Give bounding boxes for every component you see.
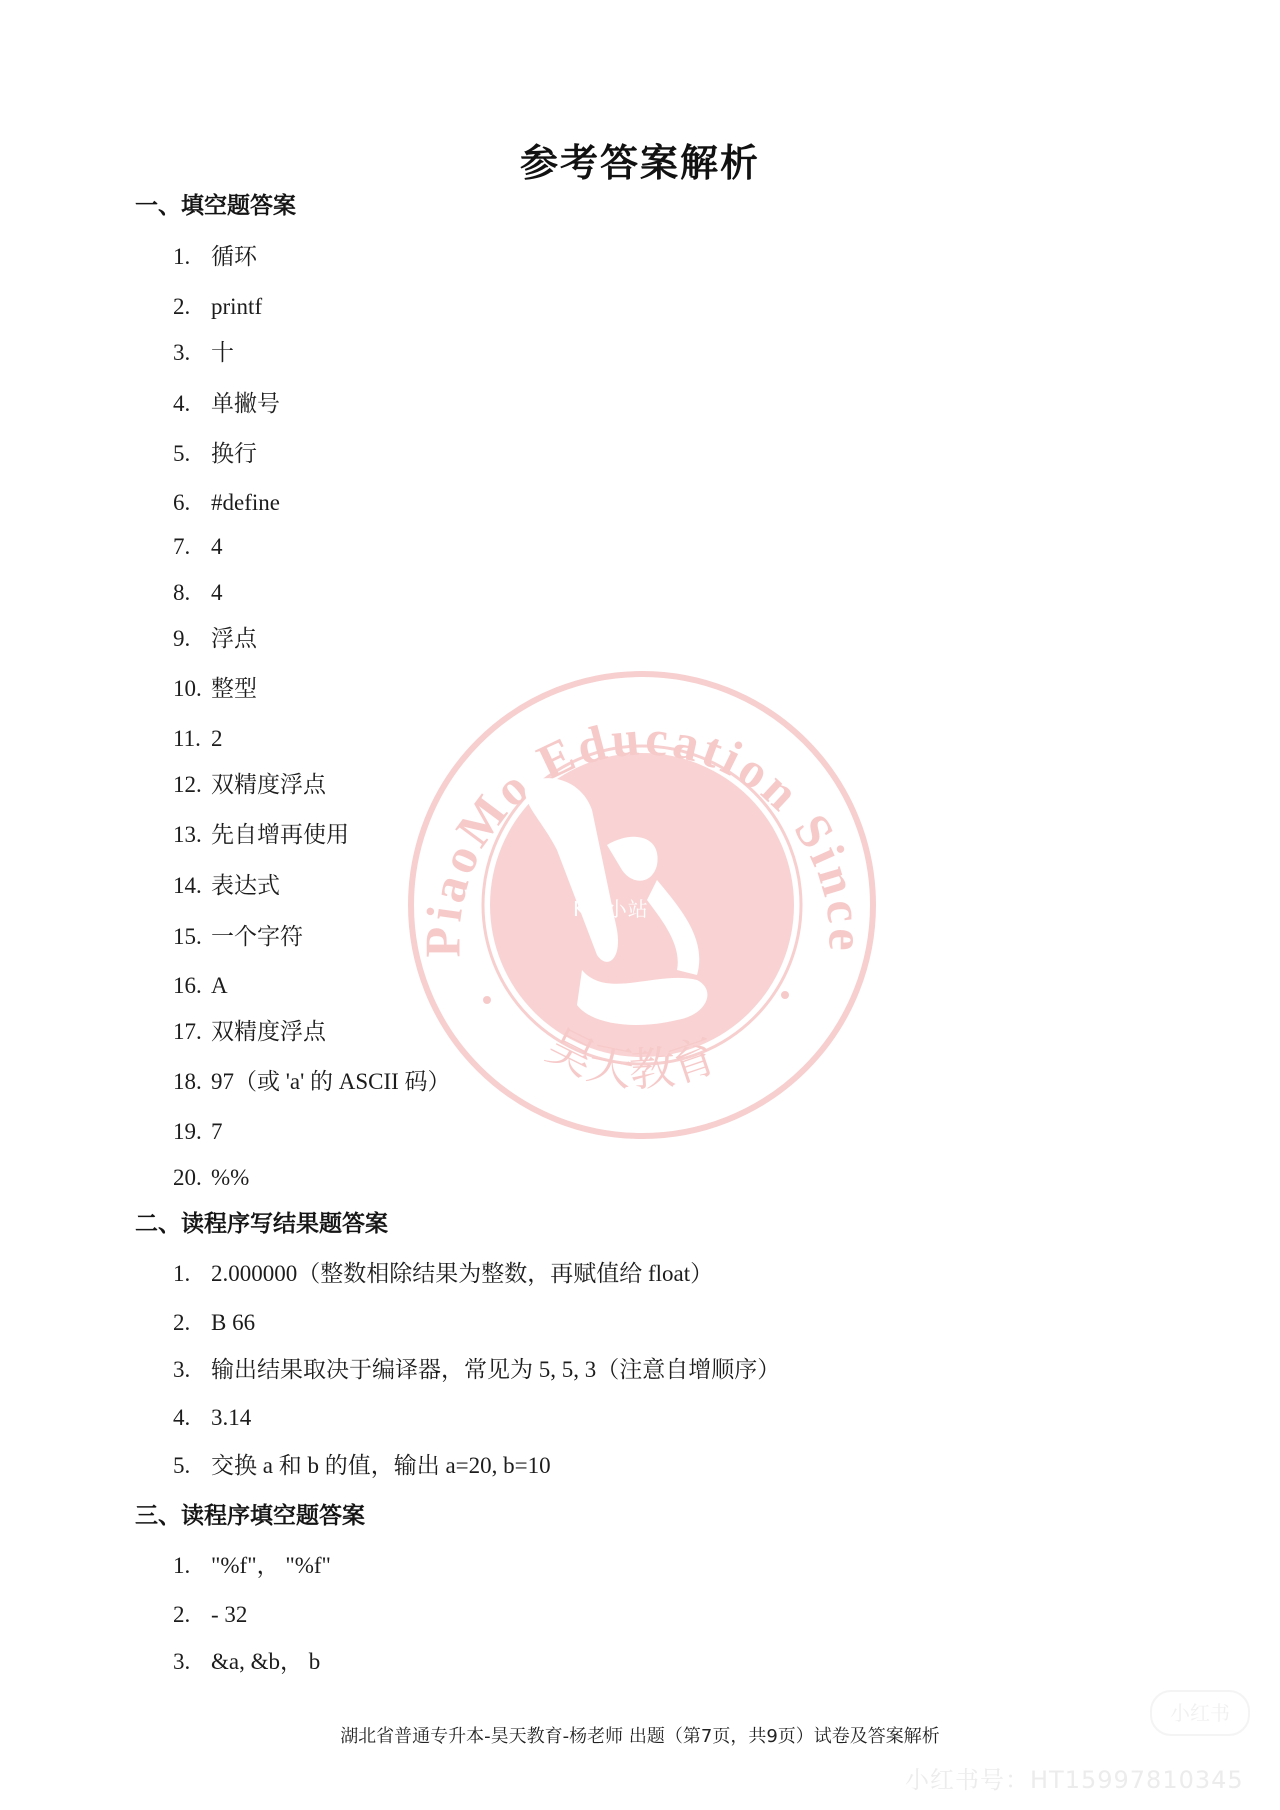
answer-item: 6.#define xyxy=(173,488,280,518)
item-number: 1. xyxy=(173,242,211,272)
item-text: 交换 a 和 b 的值，输出 a=20, b=10 xyxy=(211,1453,551,1478)
item-text: 一个字符 xyxy=(211,924,303,949)
answer-item: 3.&a, &b， b xyxy=(173,1647,320,1677)
answer-item: 12.双精度浮点 xyxy=(173,770,326,800)
item-text: 整型 xyxy=(211,676,257,701)
item-text: 浮点 xyxy=(211,626,257,651)
item-number: 7. xyxy=(173,532,211,562)
item-number: 5. xyxy=(173,439,211,469)
item-number: 1. xyxy=(173,1551,211,1581)
xiaohongshu-logo-watermark: 小红书 xyxy=(1150,1690,1250,1736)
answer-item: 19.7 xyxy=(173,1117,223,1147)
item-number: 19. xyxy=(173,1117,211,1147)
answer-item: 5.换行 xyxy=(173,439,257,469)
section-heading-read-program-fill-in: 三、读程序填空题答案 xyxy=(135,1501,365,1531)
answer-item: 18.97（或 'a' 的 ASCII 码） xyxy=(173,1067,451,1097)
item-text: 双精度浮点 xyxy=(211,1019,326,1044)
svg-text:PiaoMo Education Since 2007: PiaoMo Education Since 2007 xyxy=(407,670,875,976)
item-number: 5. xyxy=(173,1451,211,1481)
item-text: #define xyxy=(211,490,280,515)
item-text: B 66 xyxy=(211,1310,255,1335)
answer-item: 10.整型 xyxy=(173,674,257,704)
section-heading-read-program-output: 二、读程序写结果题答案 xyxy=(135,1209,388,1239)
answer-item: 3.输出结果取决于编译器，常见为 5, 5, 3（注意自增顺序） xyxy=(173,1355,780,1385)
item-text: 单撇号 xyxy=(211,391,280,416)
item-text: &a, &b， b xyxy=(211,1649,320,1674)
item-number: 2. xyxy=(173,1600,211,1630)
item-number: 12. xyxy=(173,770,211,800)
item-number: 4. xyxy=(173,389,211,419)
item-number: 3. xyxy=(173,1647,211,1677)
answer-item: 2.printf xyxy=(173,292,262,322)
answer-item: 11.2 xyxy=(173,724,223,754)
item-text: 先自增再使用 xyxy=(211,822,349,847)
item-text: 十 xyxy=(211,340,234,365)
item-number: 3. xyxy=(173,338,211,368)
answer-item: 2.B 66 xyxy=(173,1308,255,1338)
answer-item: 4.单撇号 xyxy=(173,389,280,419)
answer-item: 3.十 xyxy=(173,338,234,368)
item-number: 14. xyxy=(173,871,211,901)
item-number: 13. xyxy=(173,820,211,850)
item-number: 16. xyxy=(173,971,211,1001)
item-text: 4 xyxy=(211,534,223,559)
answer-item: 7.4 xyxy=(173,532,223,562)
item-text: 换行 xyxy=(211,441,257,466)
item-number: 1. xyxy=(173,1259,211,1289)
item-text: 3.14 xyxy=(211,1405,251,1430)
answer-item: 8.4 xyxy=(173,578,223,608)
item-number: 11. xyxy=(173,724,211,754)
item-number: 6. xyxy=(173,488,211,518)
item-number: 17. xyxy=(173,1017,211,1047)
item-text: 2 xyxy=(211,726,223,751)
section-heading-fill-in: 一、填空题答案 xyxy=(135,191,296,221)
item-number: 20. xyxy=(173,1163,211,1193)
item-text: 双精度浮点 xyxy=(211,772,326,797)
item-text: printf xyxy=(211,294,262,319)
item-number: 2. xyxy=(173,1308,211,1338)
answer-item: 17.双精度浮点 xyxy=(173,1017,326,1047)
item-number: 9. xyxy=(173,624,211,654)
item-text: 2.000000（整数相除结果为整数，再赋值给 float） xyxy=(211,1261,713,1286)
overlay-watermark-text: Ke 小站 xyxy=(573,893,649,922)
item-number: 4. xyxy=(173,1403,211,1433)
answer-item: 16.A xyxy=(173,971,228,1001)
xiaohongshu-id-watermark: 小红书号：HT15997810345 xyxy=(905,1760,1244,1795)
item-text: - 32 xyxy=(211,1602,247,1627)
answer-item: 2.- 32 xyxy=(173,1600,247,1630)
item-number: 15. xyxy=(173,922,211,952)
item-text: 4 xyxy=(211,580,223,605)
answer-item: 9.浮点 xyxy=(173,624,257,654)
item-number: 18. xyxy=(173,1067,211,1097)
item-number: 10. xyxy=(173,674,211,704)
item-text: 97（或 'a' 的 ASCII 码） xyxy=(211,1069,451,1094)
item-text: 表达式 xyxy=(211,873,280,898)
item-text: A xyxy=(211,973,228,998)
item-number: 2. xyxy=(173,292,211,322)
answer-item: 1.循环 xyxy=(173,242,257,272)
answer-item: 13.先自增再使用 xyxy=(173,820,349,850)
item-number: 8. xyxy=(173,578,211,608)
item-text: %% xyxy=(211,1165,249,1190)
svg-text:昊天教育: 昊天教育 xyxy=(538,1018,723,1097)
page-footer: 湖北省普通专升本-昊天教育-杨老师 出题（第7页，共9页）试卷及答案解析 xyxy=(0,1722,1280,1748)
item-text: 循环 xyxy=(211,244,257,269)
answer-item: 14.表达式 xyxy=(173,871,280,901)
answer-item: 1."%f"， "%f" xyxy=(173,1551,331,1581)
item-text: 输出结果取决于编译器，常见为 5, 5, 3（注意自增顺序） xyxy=(211,1357,780,1382)
item-text: "%f"， "%f" xyxy=(211,1553,331,1578)
answer-item: 15.一个字符 xyxy=(173,922,303,952)
item-number: 3. xyxy=(173,1355,211,1385)
item-text: 7 xyxy=(211,1119,223,1144)
answer-item: 4.3.14 xyxy=(173,1403,251,1433)
answer-item: 5.交换 a 和 b 的值，输出 a=20, b=10 xyxy=(173,1451,551,1481)
answer-item: 20.%% xyxy=(173,1163,249,1193)
answer-item: 1.2.000000（整数相除结果为整数，再赋值给 float） xyxy=(173,1259,713,1289)
page-title: 参考答案解析 xyxy=(0,132,1280,187)
